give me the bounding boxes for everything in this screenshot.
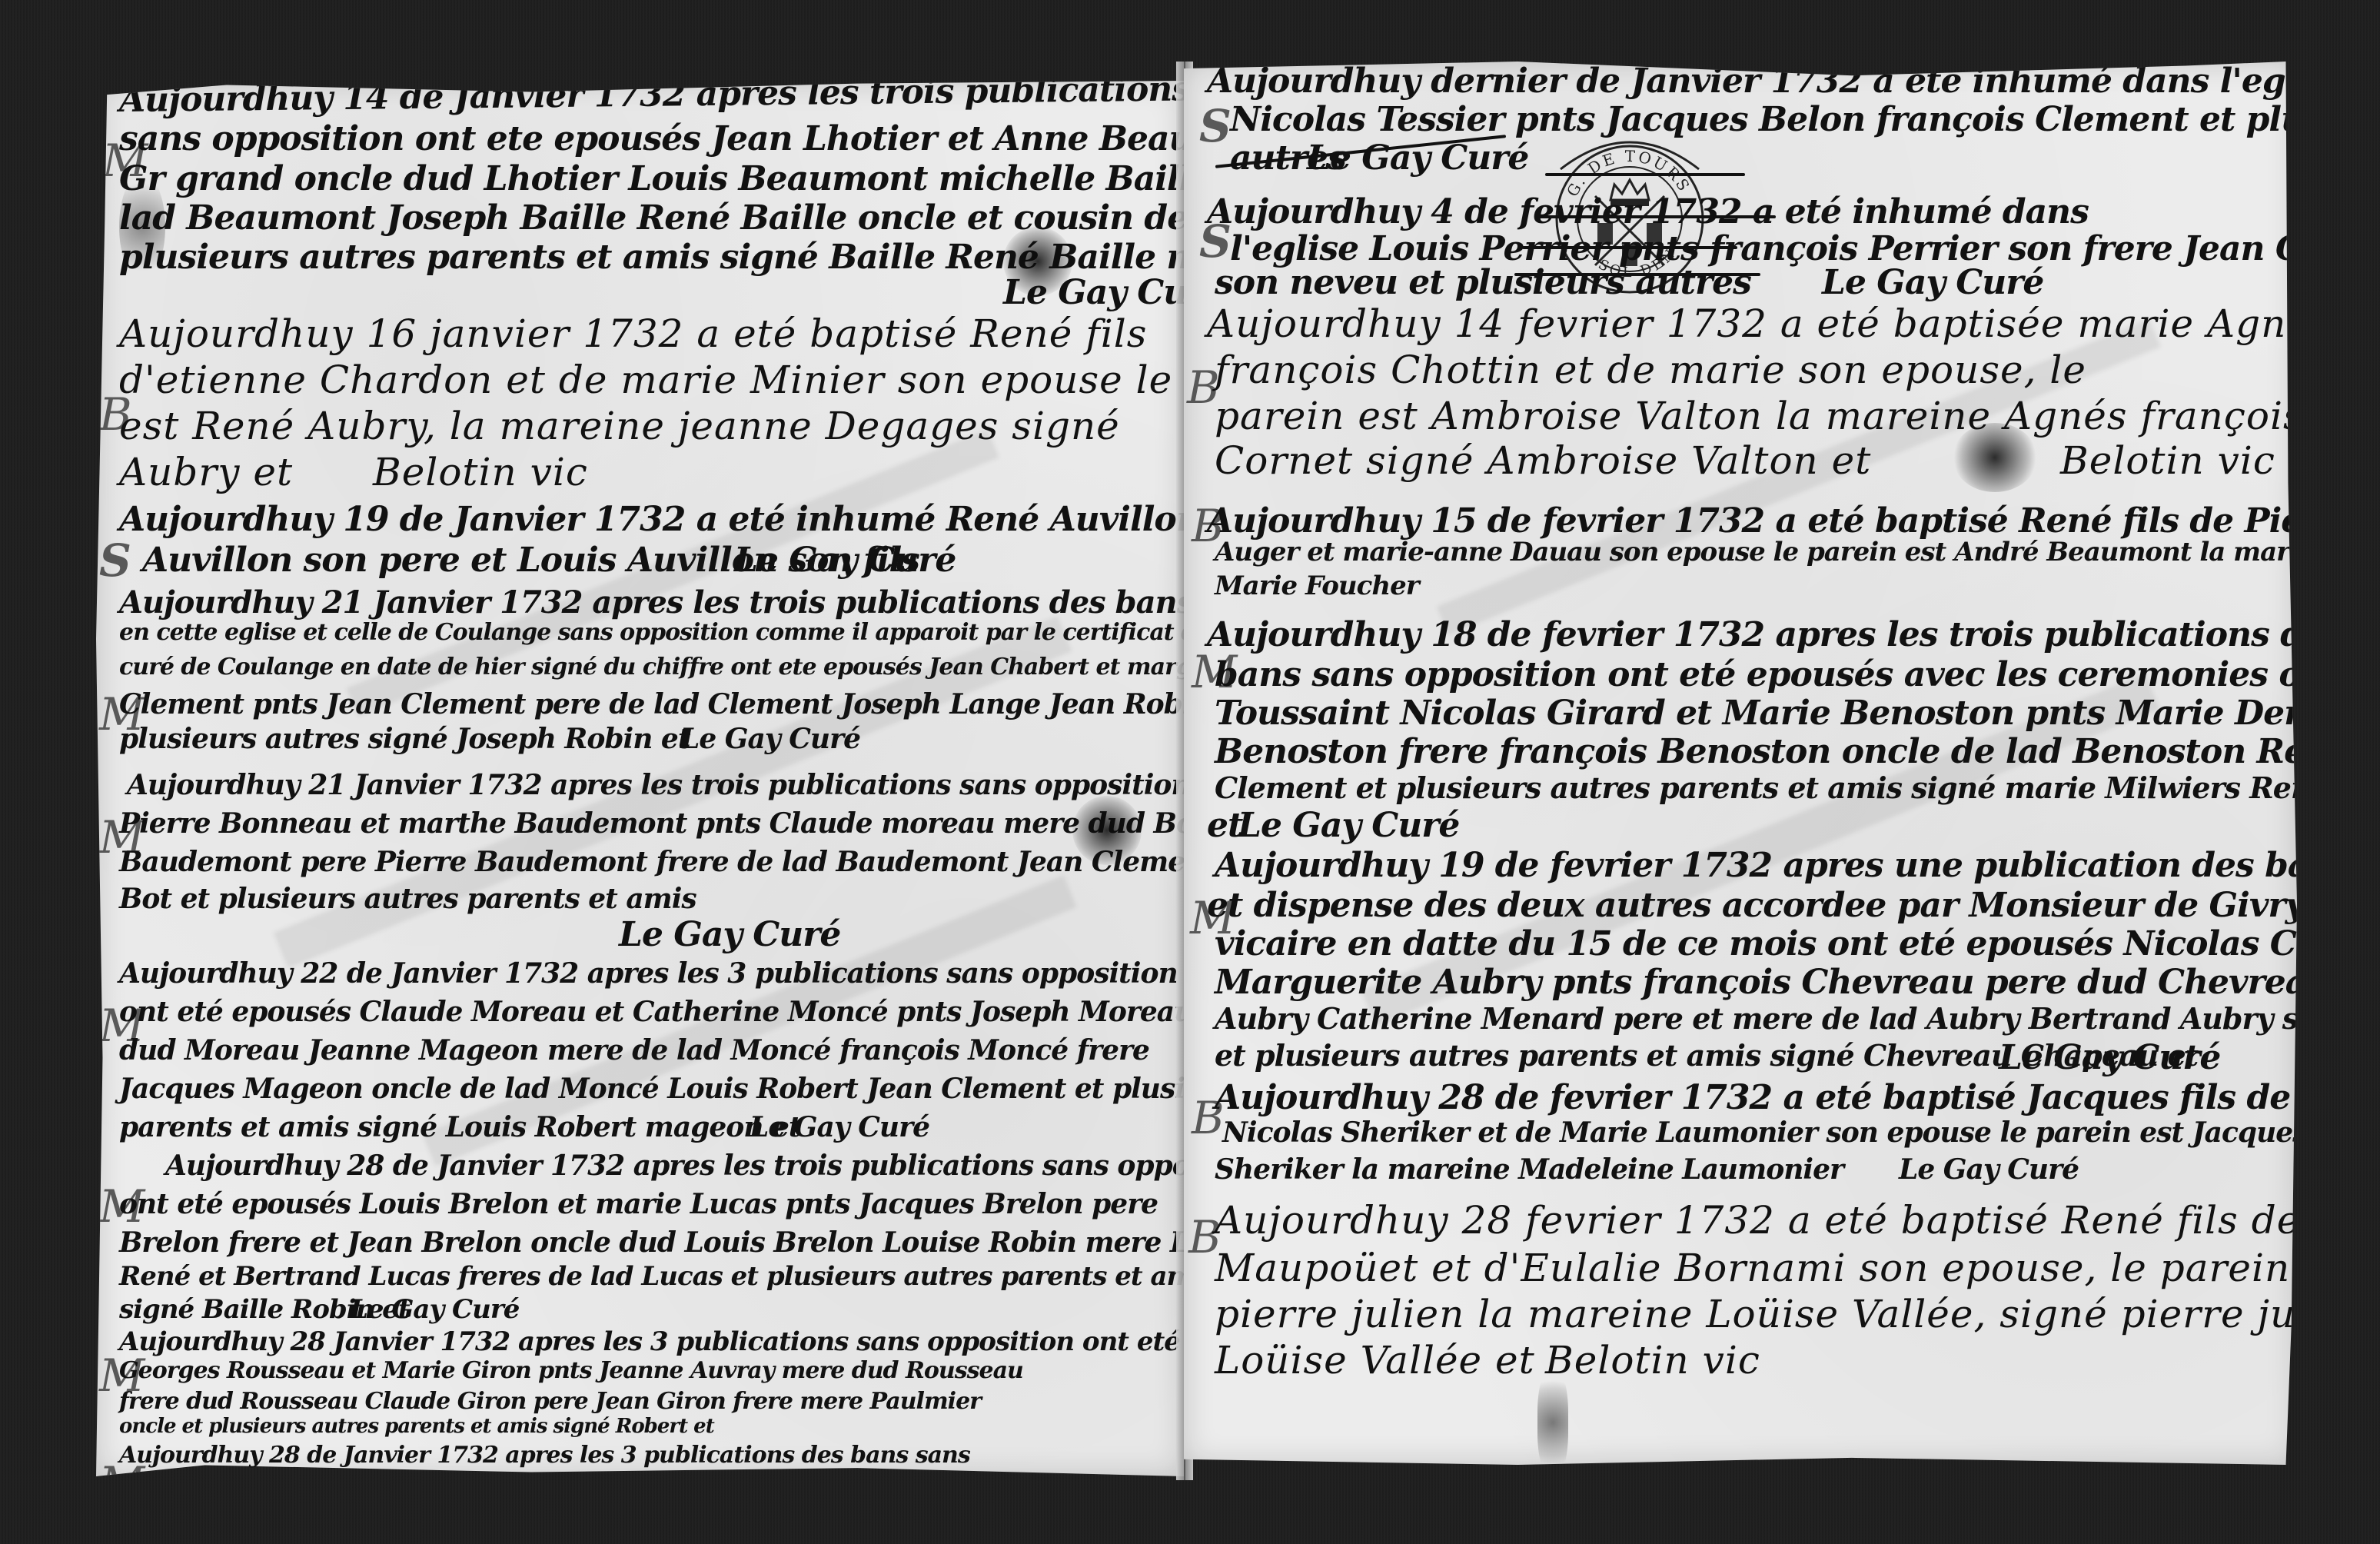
entry-line: Aujourdhuy 15 de fevrier 1732 a eté bapt…: [1207, 501, 2297, 541]
entry-line: Aujourdhuy 18 de fevrier 1732 apres les …: [1207, 615, 2297, 654]
vicar-signature: Belotin vic: [2060, 438, 2275, 483]
entry-line: Marguerite Aubry pnts françois Chevreau …: [1215, 963, 2297, 1002]
entry-line: Auger et marie-anne Dauau son epouse le …: [1215, 537, 2297, 567]
entry-line: Aujourdhuy 28 de Janvier 1732 apres les …: [119, 1442, 970, 1469]
entry-line: Aujourdhuy 28 de fevrier 1732 a eté bapt…: [1215, 1078, 2290, 1117]
curate-signature: Le Gay Curé: [1822, 263, 2043, 302]
entry-line: Nicolas Sheriker et de Marie Laumonier s…: [1222, 1116, 2297, 1149]
right-page-entries: S Aujourdhuy dernier de Janvier 1732 a e…: [1184, 62, 2297, 1465]
entry-line: son neveu et plusieurs autres: [1215, 263, 1751, 302]
entry-line: Clement et plusieurs autres parents et a…: [1215, 770, 2297, 805]
curate-signature: Le Gay Curé: [1899, 1153, 2079, 1186]
margin-note: S: [1199, 100, 1232, 152]
entry-line: Toussaint Nicolas Girard et Marie Benost…: [1215, 694, 2297, 733]
right-page: G. DE TOURS SOL DEN S Aujourdhuy dernier…: [1184, 62, 2297, 1465]
entry-line: Benoston frere françois Benoston oncle d…: [1215, 732, 2297, 771]
entry-line: Aujourdhuy 4 de fevrier 1732 a eté inhum…: [1207, 192, 2089, 231]
entry-line: vicaire en datte du 15 de ce mois ont et…: [1215, 924, 2297, 963]
entry-line: parein est Ambroise Valton la mareine Ag…: [1215, 394, 2297, 438]
entry-line: Aujourdhuy 28 fevrier 1732 a eté baptisé…: [1215, 1198, 2297, 1243]
ink-drip: [1537, 1369, 1568, 1465]
ink-blot: [1953, 423, 2037, 492]
entry-line: Nicolas Tessier pnts Jacques Belon franç…: [1230, 100, 2297, 139]
left-page-entry-8: Aujourdhuy 28 de Janvier 1732 apres les …: [96, 81, 1184, 1476]
entry-line: bans sans opposition ont eté epousés ave…: [1215, 655, 2297, 694]
entry-line: Cornet signé Ambroise Valton et: [1215, 438, 1871, 483]
entry-line: Marie Foucher: [1215, 571, 1419, 601]
entry-line: Aujourdhuy 14 fevrier 1732 a eté baptisé…: [1207, 301, 2297, 346]
curate-signature: Le Gay Curé: [1238, 806, 1459, 845]
curate-signature: Le Gay Curé: [1307, 138, 1528, 178]
entry-line: françois Chottin et de marie son epouse,…: [1215, 348, 2086, 392]
entry-line: Loüise Vallée et: [1215, 1338, 1535, 1383]
entry-line: et dispense des deux autres accordee par…: [1207, 886, 2297, 925]
entry-line: Aujourdhuy 19 de fevrier 1732 apres une …: [1215, 846, 2297, 885]
curate-signature: Le Gay Curé: [1999, 1038, 2220, 1077]
entry-line: Sheriker la mareine Madeleine Laumonier: [1215, 1153, 1843, 1186]
vicar-signature: Belotin vic: [1545, 1338, 1760, 1383]
entry-line: Maupoüet et d'Eulalie Bornami son epouse…: [1215, 1246, 2297, 1290]
entry-line: pierre julien la mareine Loüise Vallée, …: [1215, 1292, 2297, 1336]
entry-line: Aubry Catherine Menard pere et mere de l…: [1215, 1001, 2297, 1036]
